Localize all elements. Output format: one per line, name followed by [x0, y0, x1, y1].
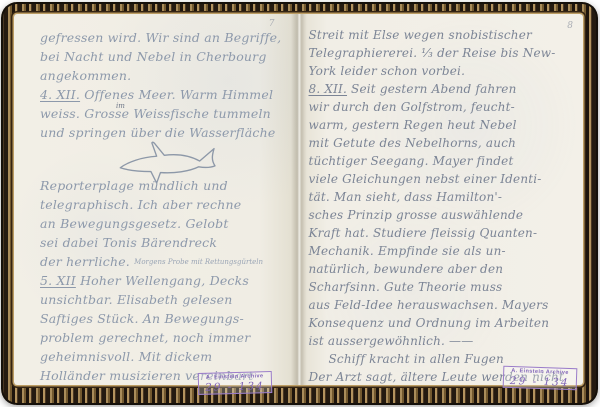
diary-book-cover: 7 im gefressen wird. Wir sind an Begriff… — [1, 2, 598, 405]
diary-line: sches Prinzip grosse auswählende — [309, 206, 570, 224]
diary-line: Mechanik. Empfinde sie als un- — [309, 242, 570, 260]
diary-line: telegraphisch. Ich aber rechne — [40, 195, 293, 214]
diary-line: tüchtiger Seegang. Mayer findet — [309, 152, 570, 170]
diary-line: viele Gleichungen nebst einer Identi- — [309, 170, 570, 188]
left-page-text: gefressen wird. Wir sind an Begriffe, be… — [14, 14, 299, 385]
diary-line: Saftiges Stück. An Bewegungs- — [40, 309, 293, 328]
diary-line: unsichtbar. Elisabeth gelesen — [40, 290, 293, 309]
diary-line: Schiff kracht in allen Fugen — [309, 350, 570, 368]
left-page: 7 im gefressen wird. Wir sind an Begriff… — [14, 14, 299, 385]
diary-entry-date-line: 5. XII Hoher Wellengang, Decks — [40, 271, 293, 290]
diary-line: mit Getute des Nebelhorns, auch — [309, 134, 570, 152]
right-page-text: Streit mit Else wegen snobistischer Tele… — [299, 14, 584, 385]
diary-line: geheimnisvoll. Mit dickem — [40, 347, 293, 366]
diary-line-with-note: der herrliche. Morgens Probe mit Rettung… — [40, 252, 293, 271]
diary-line: natürlich, bewundere aber den — [309, 260, 570, 278]
archive-stamp-number: 29 - 134 — [509, 375, 569, 389]
interline-margin-note: Morgens Probe mit Rettungsgürteln — [134, 258, 263, 266]
diary-line: Reporterplage mündlich und — [40, 176, 293, 195]
archive-stamp-number: 29 - 134 — [205, 380, 265, 394]
entry-date: 5. XII — [40, 273, 76, 288]
diary-line: aus Feld-Idee herauswachsen. Mayers — [309, 296, 570, 314]
diary-line: bei Nacht und Nebel in Cherbourg — [40, 47, 293, 66]
diary-line: angekommen. — [40, 66, 293, 85]
entry-text: Hoher Wellengang, Decks — [80, 273, 249, 288]
entry-text: Offenes Meer. Warm Himmel — [84, 87, 273, 102]
diary-line: weiss. Grosse Weissfische tummeln — [40, 104, 293, 123]
diary-line: der herrliche. — [40, 254, 130, 269]
archive-stamp: A. Einstein Archive 29 - 134 — [198, 371, 272, 395]
diary-line: Scharfsinn. Gute Theorie muss — [309, 278, 570, 296]
diary-line: Streit mit Else wegen snobistischer — [309, 26, 570, 44]
fish-sketch — [112, 140, 293, 176]
entry-text: Seit gestern Abend fahren — [351, 82, 517, 96]
diary-entry-date-line: 8. XII. Seit gestern Abend fahren — [309, 80, 570, 98]
diary-entry-date-line: 4. XII. Offenes Meer. Warm Himmel — [40, 85, 293, 104]
entry-date: 4. XII. — [40, 87, 80, 102]
diary-line: Konsequenz und Ordnung im Arbeiten — [309, 314, 570, 332]
diary-line: York leider schon vorbei. — [309, 62, 570, 80]
diary-line: und springen über die Wasserfläche — [40, 123, 293, 142]
diary-line: tät. Man sieht, dass Hamilton'- — [309, 188, 570, 206]
diary-line: ist aussergewöhnlich. —— — [309, 332, 570, 350]
entry-date: 8. XII. — [309, 82, 348, 96]
diary-line: an Bewegungsgesetz. Gelobt — [40, 214, 293, 233]
diary-open-spread: 7 im gefressen wird. Wir sind an Begriff… — [14, 14, 583, 385]
diary-line: Kraft hat. Studiere fleissig Quanten- — [309, 224, 570, 242]
diary-line: problem gerechnet, noch immer — [40, 328, 293, 347]
diary-line: gefressen wird. Wir sind an Begriffe, — [40, 28, 293, 47]
diary-line: wir durch den Golfstrom, feucht- — [309, 98, 570, 116]
diary-line: warm, gestern Regen heut Nebel — [309, 116, 570, 134]
diary-line: Telegraphiererei. ⅓ der Reise bis New- — [309, 44, 570, 62]
diary-line: sei dabei Tonis Bärendreck — [40, 233, 293, 252]
right-page: 8 Streit mit Else wegen snobistischer Te… — [299, 14, 584, 385]
archive-stamp: A. Einstein Archive 29 - 134 — [502, 366, 576, 391]
